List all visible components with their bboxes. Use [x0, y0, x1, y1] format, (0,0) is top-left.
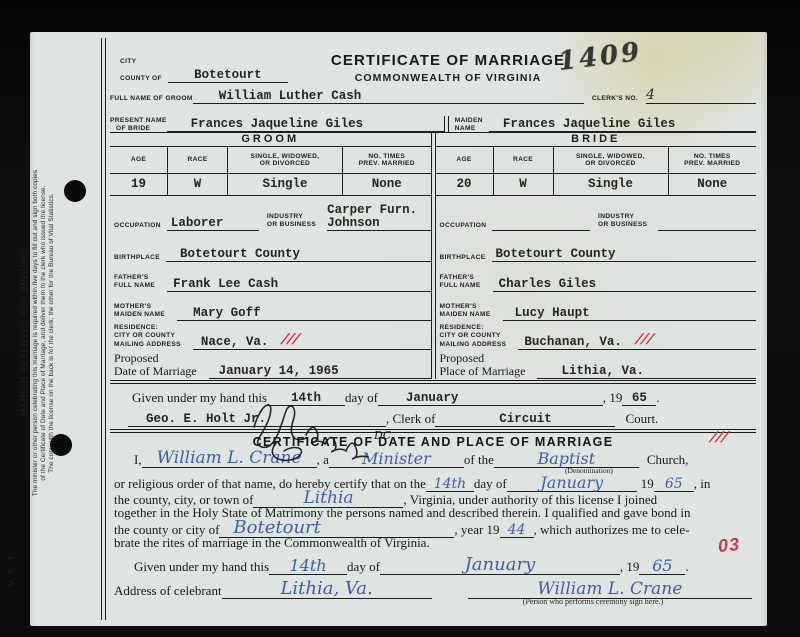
groom-occupation-value: Laborer [171, 217, 224, 230]
groom-residence-label: RESIDENCE: CITY OR COUNTY MAILING ADDRES… [114, 324, 187, 351]
binding-margin-title: MARGIN RESERVED FOR BINDING [19, 52, 29, 614]
bride-section: BRIDE AGE RACE SINGLE, WIDOWED,OR DIVORC… [436, 133, 757, 379]
clerks-no-value: 4 [646, 87, 655, 103]
clerk-day-value: 14th [291, 392, 321, 405]
bride-marital-label: SINGLE, WIDOWED,OR DIVORCED [554, 147, 669, 174]
celebrant-signature: William L. Crane [537, 581, 682, 598]
groom-marital-value: Single [262, 178, 307, 191]
clerk-of-label: , Clerk of [386, 411, 435, 427]
address-label: Address of celebrant [114, 583, 222, 599]
groom-proposed-row: Proposed Date of Marriage January 14, 19… [110, 350, 431, 379]
maiden-name-value: Frances Jaqueline Giles [503, 118, 676, 131]
binding-margin: MARGIN RESERVED FOR BINDING The minister… [19, 52, 56, 614]
margin-note-line1: The minister or other person celebrating… [32, 52, 40, 614]
county-value: Botetourt [194, 69, 262, 82]
sign-here-note: (Person who performs ceremony sign here.… [450, 597, 736, 606]
groom-industry-line2: Johnson [327, 217, 380, 230]
celebrant-given-day: 14th [290, 558, 327, 574]
day-of-label: day of [345, 390, 378, 406]
groom-name-row: FULL NAME OF GROOM William Luther Cash C… [110, 87, 756, 104]
celebrant-line6: brate the rites of marriage in the Commo… [114, 535, 752, 551]
bride-race-value: W [519, 178, 527, 191]
bride-residence-label: RESIDENCE: CITY OR COUNTY MAILING ADDRES… [440, 324, 513, 351]
groom-birthplace-label: BIRTHPLACE [114, 254, 160, 263]
celebrant-name: William L. Crane [157, 450, 302, 467]
bride-birthplace-value: Botetourt County [496, 248, 616, 261]
red-tally-bride: /// [633, 332, 657, 349]
bride-residence-row: RESIDENCE: CITY OR COUNTY MAILING ADDRES… [436, 321, 757, 351]
address-value: Lithia, Va. [280, 580, 372, 598]
scan-background: V. S. 3 MARGIN RESERVED FOR BINDING The … [0, 0, 800, 637]
bride-race-label: RACE [513, 156, 533, 164]
bride-industry-label: INDUSTRY OR BUSINESS [598, 213, 653, 231]
clerk-year-prefix: , 19 [603, 390, 623, 406]
groom-age-label: AGE [131, 156, 146, 164]
clerk-year-value: 65 [632, 392, 647, 405]
clerk-month-value: January [406, 392, 459, 405]
bride-mother-label: MOTHER'S MAIDEN NAME [440, 303, 497, 321]
bride-father-label: FATHER'S FULL NAME [440, 274, 487, 292]
groom-race-value: W [194, 178, 202, 191]
groom-industry-line1: Carper Furn. [327, 204, 417, 217]
court-value: Circuit [499, 413, 552, 426]
double-rule-bottom [110, 429, 756, 433]
groom-prev-value: None [372, 178, 402, 191]
celebrant-given-line: Given under my hand this 14th day of Jan… [114, 556, 752, 575]
red-number: 03 [717, 534, 741, 557]
groom-mother-row: MOTHER'S MAIDEN NAME Mary Goff [110, 292, 431, 321]
bride-stats-grid: AGE RACE SINGLE, WIDOWED,OR DIVORCED NO.… [436, 147, 757, 196]
marriage-month: January [540, 475, 603, 491]
groom-father-value: Frank Lee Cash [173, 278, 278, 291]
bride-marital-value: Single [588, 178, 633, 191]
groom-industry-label: INDUSTRY OR BUSINESS [267, 213, 322, 231]
marriage-day: 14th [434, 477, 466, 491]
bride-proposed-row: Proposed Place of Marriage Lithia, Va. [436, 350, 757, 379]
bride-occupation-label: OCCUPATION [440, 222, 487, 231]
bride-prev-label: NO. TIMESPREV. MARRIED [669, 147, 757, 174]
bride-father-row: FATHER'S FULL NAME Charles Giles [436, 262, 757, 292]
title-block: CERTIFICATE OF MARRIAGE COMMONWEALTH OF … [260, 52, 636, 84]
bride-father-value: Charles Giles [499, 278, 597, 291]
groom-father-row: FATHER'S FULL NAME Frank Lee Cash [110, 262, 431, 292]
county-of-label: COUNTY OF [120, 75, 162, 83]
bride-name-row: PRESENT NAME OF BRIDE Frances Jaqueline … [110, 112, 756, 132]
groom-mother-value: Mary Goff [193, 307, 261, 320]
clerk-given-period: . [656, 390, 659, 406]
binding-rule [101, 38, 106, 620]
groom-stats-grid: AGE RACE SINGLE, WIDOWED,OR DIVORCED NO.… [110, 147, 431, 196]
bride-birthplace-row: BIRTHPLACE Botetourt County [436, 231, 757, 263]
groom-age-value: 19 [131, 178, 146, 191]
bride-occupation-row: OCCUPATION INDUSTRY OR BUSINESS [436, 196, 757, 231]
bride-residence-value: Buchanan, Va. [524, 336, 622, 349]
double-rule-top [110, 380, 756, 384]
bride-mother-value: Lucy Haupt [515, 307, 590, 320]
maiden-name-label: MAIDEN NAME [449, 117, 489, 132]
groom-father-label: FATHER'S FULL NAME [114, 274, 161, 292]
present-name-label: PRESENT NAME OF BRIDE [110, 117, 167, 132]
margin-note-line3: The copy with the license on the back is… [48, 52, 56, 614]
bride-prev-value: None [697, 178, 727, 191]
bride-proposed-value: Lithia, Va. [561, 365, 644, 378]
clerk-signature-line: Geo. E. Holt Jr. DC , Clerk of Circuit C… [110, 410, 756, 427]
celebrant-given-month: January [465, 556, 536, 574]
groom-proposed-label: Proposed Date of Marriage [114, 352, 203, 379]
groom-name-value: William Luther Cash [219, 90, 362, 103]
groom-residence-value: Nace, Va. [201, 336, 269, 349]
form-number: V. S. 3 [7, 526, 16, 586]
clerk-name-value: Geo. E. Holt Jr. [146, 413, 266, 426]
clerks-no-label: CLERK'S NO. [584, 95, 646, 105]
groom-section: GROOM AGE RACE SINGLE, WIDOWED,OR DIVORC… [110, 133, 431, 379]
certificate-paper: V. S. 3 MARGIN RESERVED FOR BINDING The … [30, 32, 767, 626]
celebrant-line1: I, William L. Crane , a Minister of the … [114, 450, 752, 468]
bride-birthplace-label: BIRTHPLACE [440, 254, 486, 263]
groom-marital-label: SINGLE, WIDOWED,OR DIVORCED [228, 147, 343, 174]
certificate-form: CITY COUNTY OF Botetourt CERTIFICATE OF … [110, 32, 756, 626]
punch-hole-top [64, 180, 86, 202]
groom-race-label: RACE [187, 156, 207, 164]
bride-proposed-label: Proposed Place of Marriage [440, 352, 532, 379]
commonwealth-subtitle: COMMONWEALTH OF VIRGINIA [260, 72, 636, 84]
clerk-given-prefix: Given under my hand this [132, 390, 267, 406]
present-name-value: Frances Jaqueline Giles [191, 118, 364, 131]
groom-occupation-row: OCCUPATION Laborer INDUSTRY OR BUSINESS … [110, 196, 431, 231]
bride-age-label: AGE [456, 156, 471, 164]
groom-occupation-label: OCCUPATION [114, 222, 161, 231]
court-label: Court. [615, 411, 658, 427]
denomination-value: Baptist [537, 451, 595, 467]
red-tally-groom: /// [279, 332, 303, 349]
groom-name-label: FULL NAME OF GROOM [110, 95, 193, 105]
marriage-year: 65 [665, 477, 683, 491]
groom-prev-label: NO. TIMESPREV. MARRIED [343, 147, 431, 174]
bride-section-title: BRIDE [436, 133, 757, 147]
clerk-given-line: Given under my hand this 14th day of Jan… [110, 389, 756, 406]
margin-note-line2: of the Certificate of Date and Place of … [40, 52, 48, 614]
groom-proposed-value: January 14, 1965 [219, 365, 339, 378]
celebrant-given-year: 65 [652, 558, 672, 574]
bride-age-value: 20 [456, 178, 471, 191]
groom-bride-tables: GROOM AGE RACE SINGLE, WIDOWED,OR DIVORC… [110, 132, 756, 379]
groom-birthplace-value: Botetourt County [180, 248, 300, 261]
groom-section-title: GROOM [110, 133, 431, 147]
cert-date-place-title: CERTIFICATE OF DATE AND PLACE OF MARRIAG… [110, 435, 756, 449]
bride-mother-row: MOTHER'S MAIDEN NAME Lucy Haupt [436, 292, 757, 321]
groom-mother-label: MOTHER'S MAIDEN NAME [114, 303, 171, 321]
groom-birthplace-row: BIRTHPLACE Botetourt County [110, 231, 431, 263]
celebrant-role: Minister [362, 451, 431, 467]
certificate-title: CERTIFICATE OF MARRIAGE [260, 52, 636, 69]
groom-residence-row: RESIDENCE: CITY OR COUNTY MAILING ADDRES… [110, 321, 431, 351]
